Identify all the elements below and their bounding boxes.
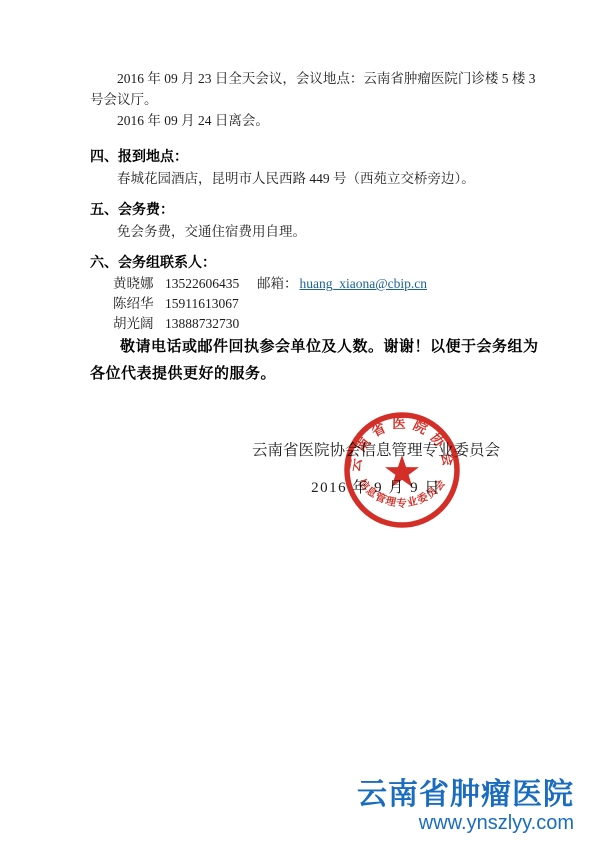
intro-paragraph-1: 2016 年 09 月 23 日全天会议，会议地点：云南省肿瘤医院门诊楼 5 楼…	[90, 68, 542, 110]
official-seal-stamp: 云南省医院协会 信息管理专业委员会	[338, 410, 468, 532]
contact-row: 黄晓娜 13522606435 邮箱： huang_xiaona@cbip.cn	[90, 274, 542, 294]
document-body: 2016 年 09 月 23 日全天会议，会议地点：云南省肿瘤医院门诊楼 5 楼…	[90, 68, 542, 388]
contact-row: 陈绍华 15911613067	[90, 294, 542, 314]
section5-body: 免会务费，交通住宿费用自理。	[90, 221, 542, 242]
section5-heading: 五、会务费：	[90, 200, 542, 221]
stamp-star-icon	[385, 455, 419, 487]
contact-phone: 13888732730	[165, 314, 257, 334]
svg-text:信息管理专业委员会: 信息管理专业委员会	[356, 476, 449, 509]
contact-email-link[interactable]: huang_xiaona@cbip.cn	[300, 274, 428, 294]
contact-row: 胡光阔 13888732730	[90, 314, 542, 334]
contact-email-label: 邮箱：	[257, 274, 298, 294]
spacer	[90, 131, 542, 147]
intro-paragraph-2: 2016 年 09 月 24 日离会。	[90, 110, 542, 131]
contact-phone: 13522606435	[165, 274, 257, 294]
footer-brand: 云南省肿瘤医院 www.ynszlyy.com	[357, 779, 574, 834]
spacer	[90, 242, 542, 253]
footer-website[interactable]: www.ynszlyy.com	[357, 812, 574, 834]
contact-name: 黄晓娜	[113, 274, 165, 294]
contact-name: 陈绍华	[113, 294, 165, 314]
section6-heading: 六、会务组联系人：	[90, 253, 542, 274]
contact-phone: 15911613067	[165, 294, 257, 314]
closing-paragraph: 敬请电话或邮件回执参会单位及人数。谢谢！以便于会务组为各位代表提供更好的服务。	[90, 334, 542, 388]
spacer	[90, 189, 542, 200]
contact-name: 胡光阔	[113, 314, 165, 334]
section4-body: 春城花园酒店，昆明市人民西路 449 号（西苑立交桥旁边）。	[90, 168, 542, 189]
document-page: 2016 年 09 月 23 日全天会议，会议地点：云南省肿瘤医院门诊楼 5 楼…	[0, 0, 596, 842]
footer-hospital-name: 云南省肿瘤医院	[357, 779, 574, 811]
section4-heading: 四、报到地点：	[90, 147, 542, 168]
stamp-arc-bottom-text: 信息管理专业委员会	[356, 476, 449, 509]
